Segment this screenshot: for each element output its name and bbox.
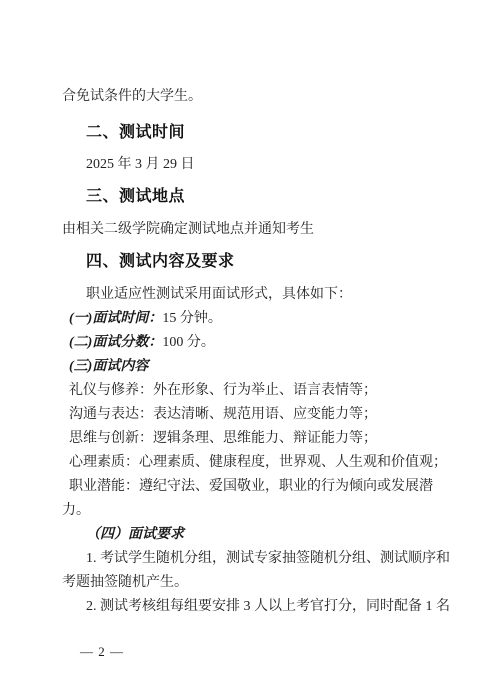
interview-time-label: (一)面试时间： — [69, 311, 162, 326]
test-location-line: 由相关二级学院确定测试地点并通知考生 — [62, 218, 452, 242]
requirement-1-continuation-line: 考题抽签随机产生。 — [62, 571, 452, 595]
heading-test-location: 三、测试地点 — [62, 185, 452, 209]
interview-requirements-subheading: （四）面试要求 — [62, 523, 452, 547]
interview-score-line: (二)面试分数：100 分。 — [62, 331, 452, 355]
interview-requirements-label: （四）面试要求 — [86, 527, 184, 542]
interview-time-value: 15 分钟。 — [162, 311, 222, 326]
body-continuation-line: 合免试条件的大学生。 — [62, 85, 452, 109]
potential-continuation-line: 力。 — [62, 499, 452, 523]
requirement-2-line: 2. 测试考核组每组要安排 3 人以上考官打分，同时配备 1 名 — [62, 595, 452, 619]
communication-line: 沟通与表达：表达清晰、规范用语、应变能力等； — [62, 403, 452, 427]
psychology-line: 心理素质：心理素质、健康程度，世界观、人生观和价值观； — [62, 451, 452, 475]
interview-score-label: (二)面试分数： — [69, 335, 162, 350]
etiquette-line: 礼仪与修养：外在形象、行为举止、语言表情等； — [62, 379, 452, 403]
interview-content-subheading: (三)面试内容 — [62, 355, 452, 379]
document-page: 合免试条件的大学生。 二、测试时间 2025 年 3 月 29 日 三、测试地点… — [0, 0, 495, 700]
thinking-line: 思维与创新：逻辑条理、思维能力、辩证能力等； — [62, 427, 452, 451]
intro-line: 职业适应性测试采用面试形式，具体如下： — [62, 283, 452, 307]
interview-score-value: 100 分。 — [162, 335, 215, 350]
test-date-line: 2025 年 3 月 29 日 — [62, 153, 452, 177]
potential-line: 职业潜能：遵纪守法、爱国敬业，职业的行为倾向或发展潜 — [62, 475, 452, 499]
interview-time-line: (一)面试时间：15 分钟。 — [62, 307, 452, 331]
document-body: 合免试条件的大学生。 二、测试时间 2025 年 3 月 29 日 三、测试地点… — [62, 85, 452, 619]
heading-test-content-requirements: 四、测试内容及要求 — [62, 250, 452, 274]
interview-content-label: (三)面试内容 — [69, 359, 148, 374]
page-number: — 2 — — [80, 644, 124, 660]
requirement-1-line: 1. 考试学生随机分组，测试专家抽签随机分组、测试顺序和 — [62, 547, 452, 571]
heading-test-time: 二、测试时间 — [62, 121, 452, 145]
